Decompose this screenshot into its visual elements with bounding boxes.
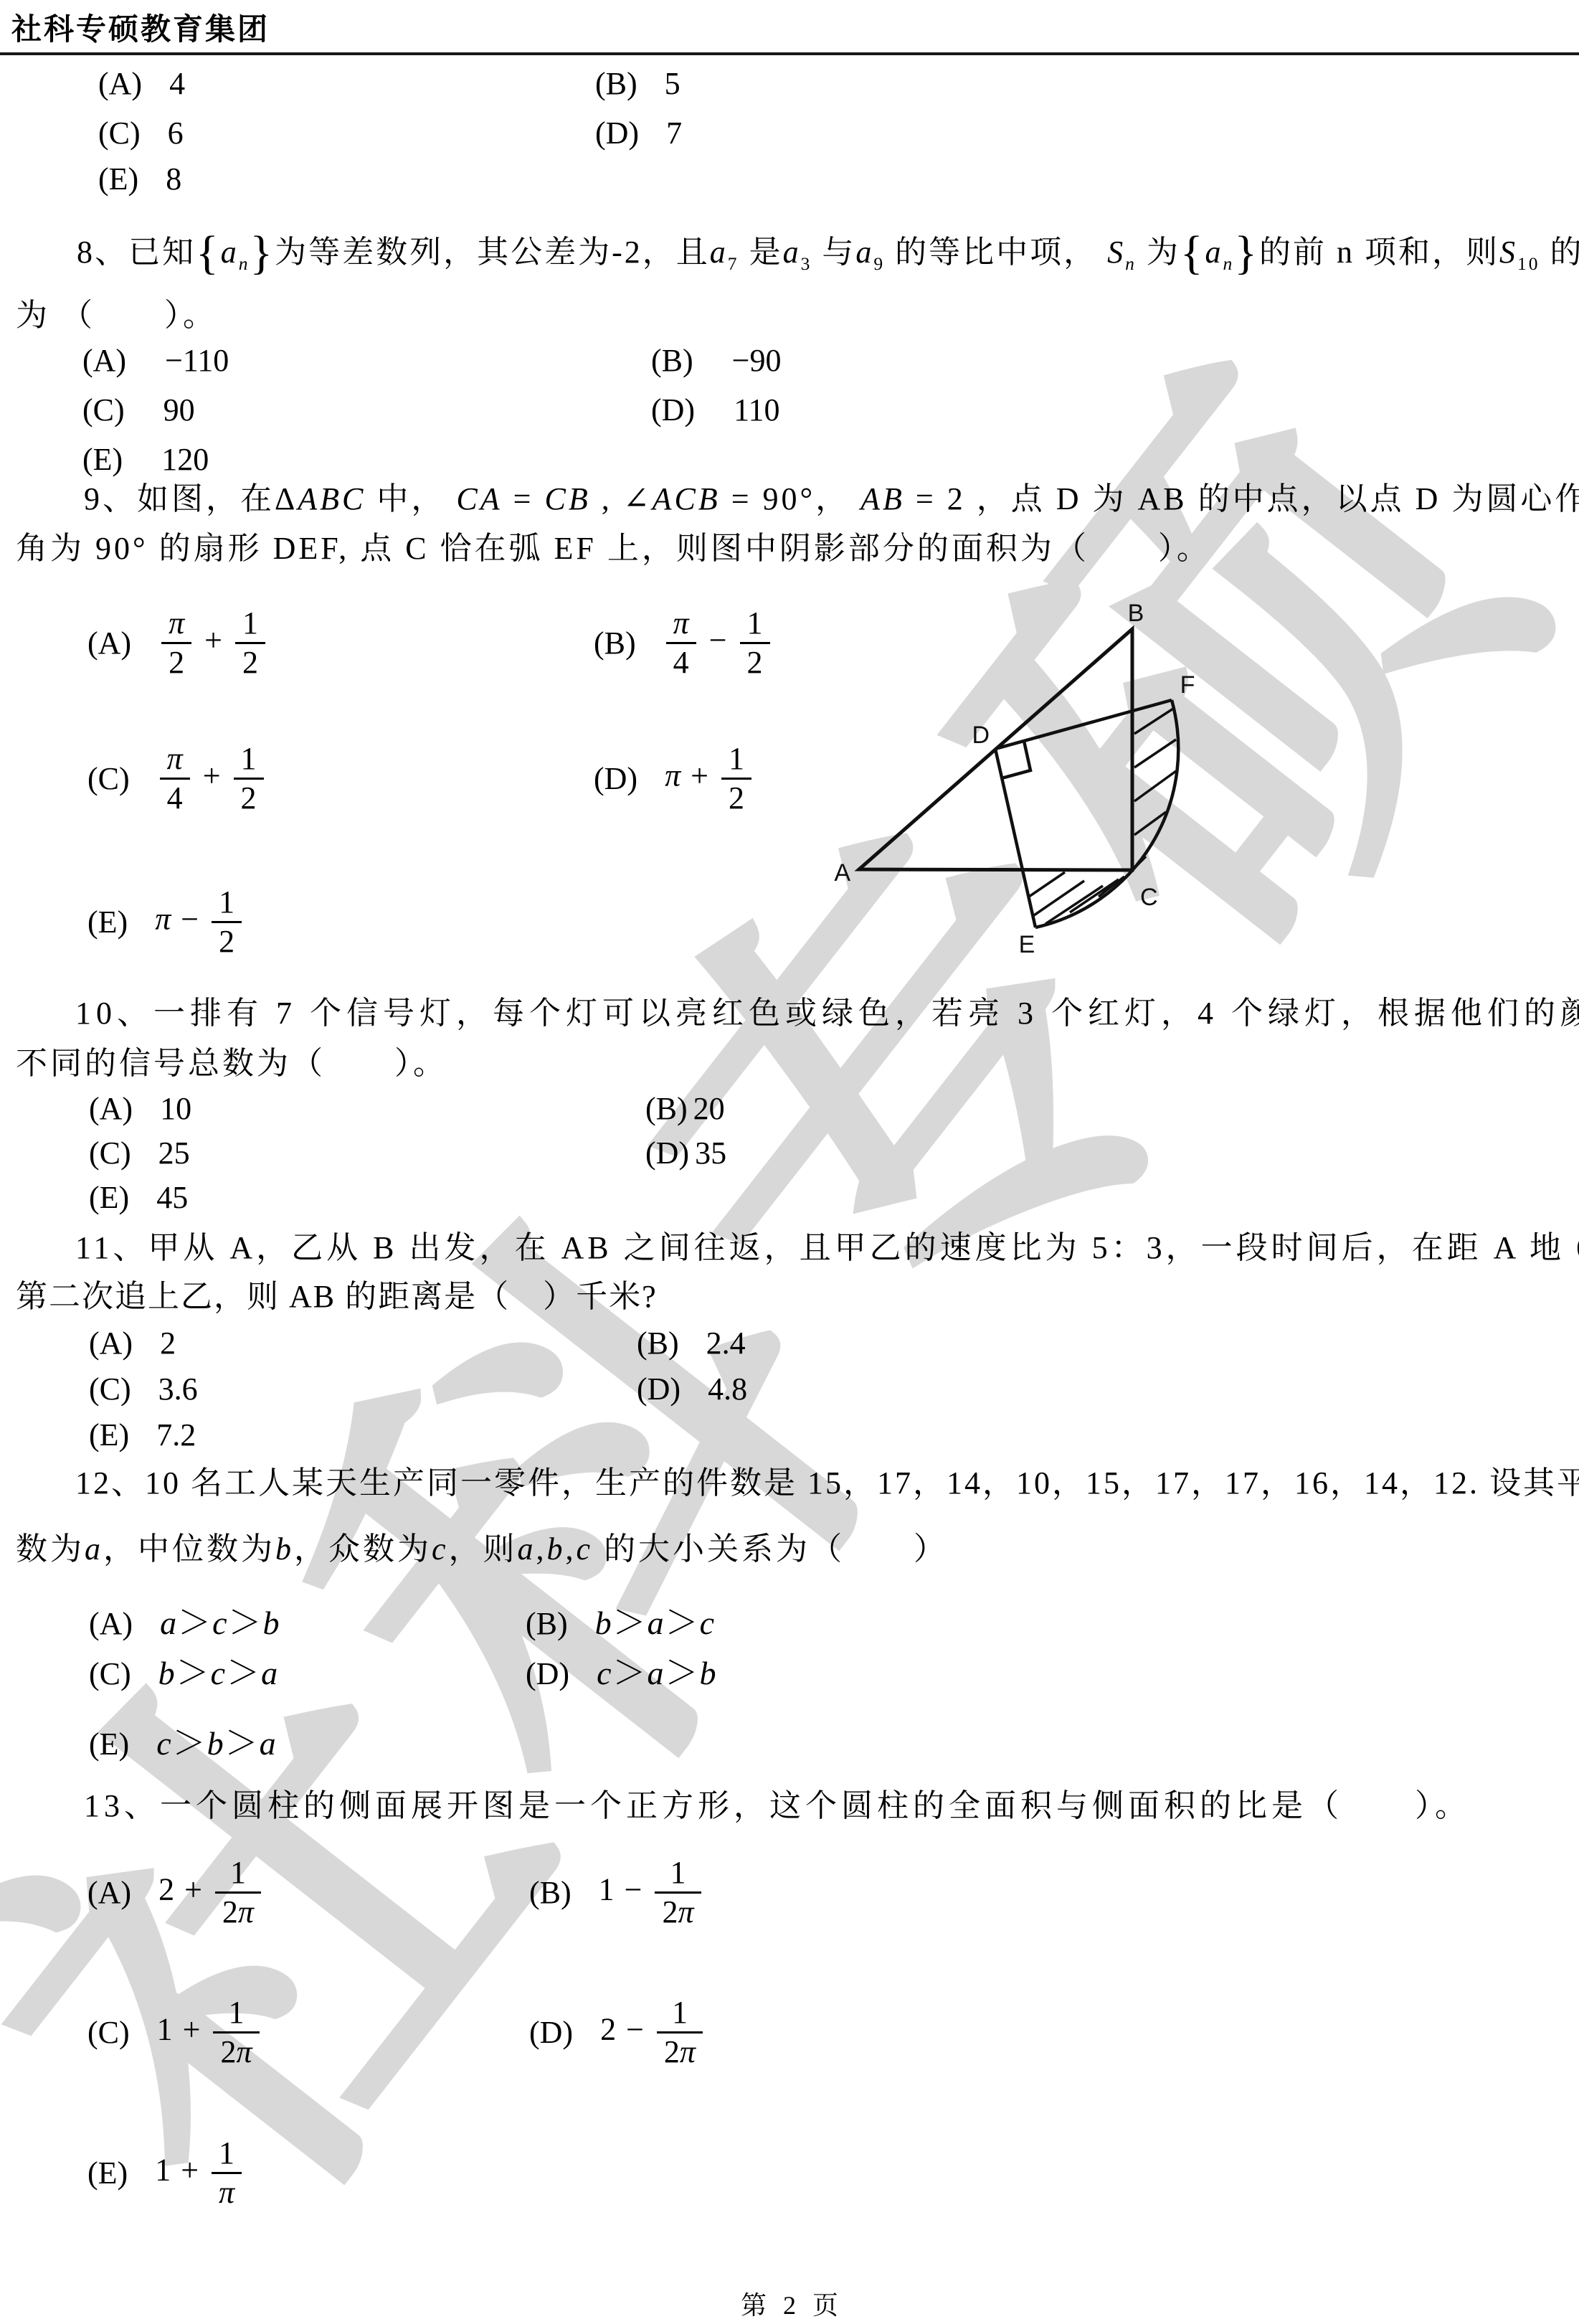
q11-option-c-label: (C)	[89, 1371, 131, 1407]
q13-option-a-formula: 2+12π	[158, 1854, 264, 1931]
q10-option-d-value: 35	[695, 1135, 726, 1171]
page-number: 第 2 页	[0, 2285, 1579, 2322]
q10-option-a-value: 10	[160, 1090, 191, 1127]
figure-label-b: B	[1128, 600, 1144, 627]
q9-stem-line-2: 角为 90° 的扇形 DEF, 点 C 恰在弧 EF 上，则图中阴影部分的面积为…	[16, 529, 1211, 568]
q8-option-a-label: (A)	[82, 342, 126, 379]
q10-option-e-label: (E)	[89, 1179, 129, 1216]
q10-option-c-label: (C)	[89, 1135, 131, 1171]
q11-option-e: (E)7.2	[89, 1417, 196, 1453]
q9-option-b: (B)π4−12	[594, 605, 773, 681]
q12-option-c: (C)b＞c＞a	[89, 1647, 279, 1694]
q7-option-d-value: 7	[666, 115, 682, 151]
q9-option-a: (A)π2+12	[87, 605, 268, 681]
q11-stem-line-2: 第二次追上乙，则 AB 的距离是（ ）千米?	[16, 1277, 658, 1316]
q13-option-e-formula: 1+1π	[155, 2135, 245, 2211]
q10-option-a-label: (A)	[89, 1090, 133, 1127]
q13-option-d-label: (D)	[529, 2014, 573, 2051]
q11-option-e-value: 7.2	[156, 1417, 196, 1453]
q7-option-a-value: 4	[169, 65, 185, 102]
exam-page: 社科专硕 社科专硕教育集团 (A)4 (B)5 (C)6 (D)7 (E)8 8…	[0, 0, 1579, 2324]
q10-option-d: (D)35	[645, 1135, 726, 1171]
q12-option-a-label: (A)	[89, 1605, 133, 1642]
q9-stem-line-1: 9、如图，在ΔABC 中， CA = CB , ∠ACB = 90°， AB =…	[84, 479, 1579, 519]
q11-option-d-label: (D)	[637, 1371, 681, 1407]
q11-option-b: (B)2.4	[637, 1325, 746, 1361]
q13-option-c: (C)1+12π	[87, 1994, 262, 2071]
q12-stem-line-2: 数为a，中位数为b，众数为c，则a,b,c 的大小关系为（ ）	[16, 1529, 948, 1569]
header-rule	[0, 52, 1579, 55]
q9-option-b-formula: π4−12	[663, 605, 773, 681]
q8-option-d: (D)110	[651, 392, 779, 428]
q13-option-e: (E)1+1π	[87, 2135, 245, 2211]
q12-stem-line-1: 12、10 名工人某天生产同一零件，生产的件数是 15，17，14，10，15，…	[75, 1463, 1579, 1503]
q12-option-b-label: (B)	[526, 1605, 568, 1642]
q12-option-d: (D)c＞a＞b	[526, 1647, 718, 1694]
q7-option-c: (C)6	[98, 115, 184, 151]
q9-option-d: (D)π+12	[594, 740, 754, 817]
q8-option-e-value: 120	[161, 441, 209, 478]
q7-option-e: (E)8	[98, 161, 181, 197]
q10-option-d-label: (D)	[645, 1135, 689, 1171]
q10-option-c: (C)25	[89, 1135, 190, 1171]
q9-option-d-formula: π+12	[665, 740, 754, 817]
q10-option-b-label: (B)	[645, 1090, 688, 1127]
q9-figure: A B C D E F	[817, 595, 1219, 965]
q8-option-c-value: 90	[163, 392, 195, 428]
q12-option-d-label: (D)	[526, 1655, 569, 1692]
q8-option-a: (A)−110	[82, 342, 229, 379]
q13-option-b-formula: 1−12π	[599, 1854, 704, 1931]
q10-option-a: (A)10	[89, 1090, 191, 1127]
q12-option-a: (A)a＞c＞b	[89, 1597, 281, 1644]
q9-option-e: (E)π−12	[87, 884, 245, 960]
figure-label-a: A	[834, 859, 850, 887]
q12-option-c-label: (C)	[89, 1655, 131, 1692]
q7-option-b-value: 5	[665, 65, 681, 102]
figure-hatch-right-region	[1134, 709, 1176, 868]
q8-option-b-value: −90	[732, 342, 782, 379]
q10-option-e: (E)45	[89, 1179, 188, 1216]
q11-option-e-label: (E)	[89, 1417, 129, 1453]
q13-option-b-label: (B)	[529, 1874, 572, 1911]
q9-option-c-label: (C)	[87, 760, 130, 797]
q7-option-e-label: (E)	[98, 161, 138, 197]
figure-label-c: C	[1140, 884, 1158, 911]
figure-label-e: E	[1019, 931, 1035, 958]
q12-option-c-value: b＞c＞a	[158, 1647, 279, 1694]
q12-option-a-value: a＞c＞b	[160, 1597, 280, 1644]
q9-option-c-formula: π4+12	[157, 740, 267, 817]
header-brand: 社科专硕教育集团	[11, 6, 270, 49]
q7-option-e-value: 8	[166, 161, 181, 197]
q9-option-c: (C)π4+12	[87, 740, 267, 817]
figure-label-f: F	[1180, 671, 1195, 699]
q12-option-b-value: b＞a＞c	[595, 1597, 716, 1644]
q12-option-e: (E)c＞b＞a	[89, 1717, 278, 1765]
q13-option-d: (D)2−12π	[529, 1994, 706, 2071]
q9-option-a-label: (A)	[87, 625, 131, 661]
q11-option-d: (D)4.8	[637, 1371, 747, 1407]
q7-option-c-label: (C)	[98, 115, 141, 151]
q9-option-a-formula: π2+12	[158, 605, 268, 681]
q8-option-d-label: (D)	[651, 392, 695, 428]
q8-option-c: (C)90	[82, 392, 195, 428]
q11-option-a-value: 2	[160, 1325, 176, 1361]
q10-stem-line-1: 10、一排有 7 个信号灯，每个灯可以亮红色或绿色，若亮 3 个红灯，4 个绿灯…	[75, 993, 1579, 1033]
q13-option-c-formula: 1+12π	[157, 1994, 262, 2071]
q8-option-b: (B)−90	[651, 342, 781, 379]
q9-option-e-formula: π−12	[155, 884, 245, 960]
q13-option-a-label: (A)	[87, 1874, 131, 1911]
q8-option-a-value: −110	[165, 342, 229, 379]
q9-option-e-label: (E)	[87, 904, 128, 940]
q8-option-e-label: (E)	[82, 441, 123, 478]
q7-option-a-label: (A)	[98, 65, 142, 102]
q8-option-e: (E)120	[82, 441, 209, 478]
q7-option-b: (B)5	[595, 65, 681, 102]
q13-option-a: (A)2+12π	[87, 1854, 264, 1931]
q11-option-c-value: 3.6	[158, 1371, 198, 1407]
q9-option-b-label: (B)	[594, 625, 636, 661]
q7-option-a: (A)4	[98, 65, 185, 102]
q7-option-c-value: 6	[168, 115, 184, 151]
figure-label-d: D	[972, 722, 990, 749]
q10-option-c-value: 25	[158, 1135, 190, 1171]
q8-stem-line-2: 为 （ ）。	[16, 296, 217, 335]
q8-option-b-label: (B)	[651, 342, 693, 379]
q9-option-d-label: (D)	[594, 760, 637, 797]
q13-stem: 13、一个圆柱的侧面展开图是一个正方形，这个圆柱的全面积与侧面积的比是（ ）。	[84, 1786, 1471, 1825]
q7-option-d: (D)7	[595, 115, 682, 151]
q13-option-c-label: (C)	[87, 2014, 130, 2051]
q12-option-b: (B)b＞a＞c	[526, 1597, 716, 1644]
q11-option-d-value: 4.8	[708, 1371, 747, 1407]
q11-option-c: (C)3.6	[89, 1371, 198, 1407]
q12-option-d-value: c＞a＞b	[597, 1647, 717, 1694]
q11-option-b-value: 2.4	[706, 1325, 746, 1361]
q7-option-d-label: (D)	[595, 115, 639, 151]
q12-option-e-value: c＞b＞a	[156, 1717, 277, 1765]
q13-option-d-formula: 2−12π	[600, 1994, 706, 2071]
q10-option-b: (B)20	[645, 1090, 725, 1127]
q10-stem-line-2: 不同的信号总数为（ ）。	[16, 1044, 447, 1083]
q7-option-b-label: (B)	[595, 65, 637, 102]
q13-option-b: (B)1−12π	[529, 1854, 704, 1931]
q11-option-b-label: (B)	[637, 1325, 679, 1361]
q13-option-e-label: (E)	[87, 2155, 128, 2191]
q10-option-e-value: 45	[156, 1179, 188, 1216]
q8-option-c-label: (C)	[82, 392, 125, 428]
q10-option-b-value: 20	[693, 1090, 725, 1127]
q12-option-e-label: (E)	[89, 1726, 129, 1762]
q11-stem-line-1: 11、甲从 A，乙从 B 出发，在 AB 之间往返，且甲乙的速度比为 5：3，一…	[75, 1228, 1579, 1267]
q8-option-d-value: 110	[734, 392, 779, 428]
q11-option-a-label: (A)	[89, 1325, 133, 1361]
q11-option-a: (A)2	[89, 1325, 176, 1361]
figure-hatch-bottom-region	[1029, 872, 1124, 924]
q8-stem-line-1: 8、已知{an}为等差数列，其公差为-2，且a7 是a3 与a9 的等比中项， …	[77, 224, 1579, 283]
